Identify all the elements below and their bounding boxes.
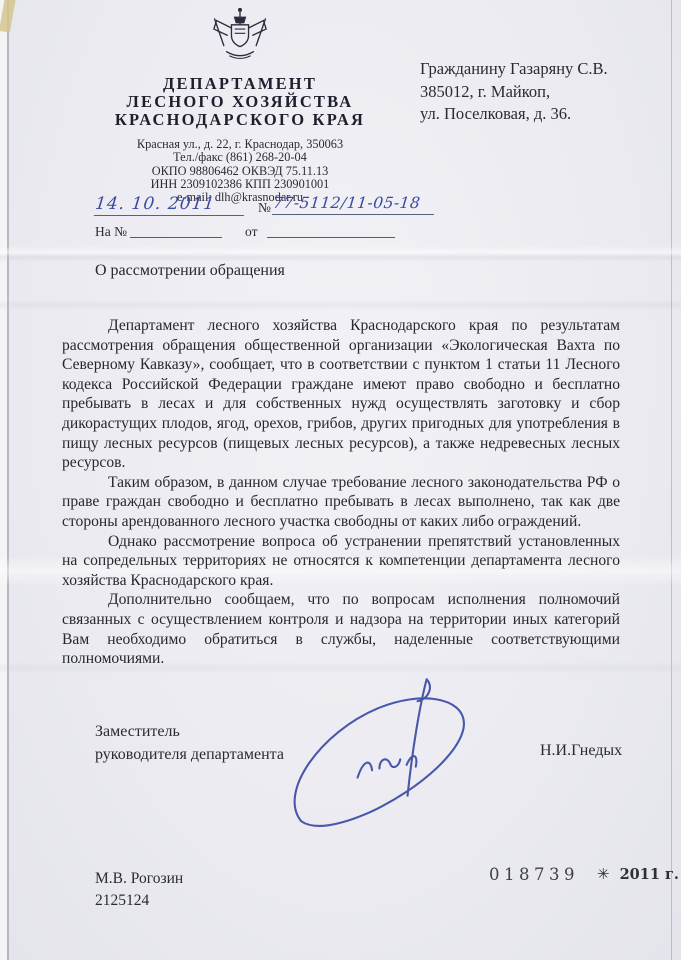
- body-paragraph: Департамент лесного хозяйства Краснодарс…: [62, 316, 620, 473]
- reply-number-label: На №: [95, 224, 127, 240]
- addressee-postcode-city: 385012, г. Майкоп,: [420, 81, 608, 104]
- stamp-year: 2011 г.: [620, 866, 679, 883]
- signer-position-line: руководителя департамента: [95, 743, 284, 766]
- executor-phone: 2125124: [95, 890, 183, 912]
- org-name: ДЕПАРТАМЕНТ ЛЕСНОГО ХОЗЯЙСТВА КРАСНОДАРС…: [72, 75, 408, 129]
- letterhead-inn-kpp: ИНН 2309102386 КПП 230901001: [72, 178, 408, 191]
- body-paragraph: Однако рассмотрение вопроса об устранени…: [62, 532, 620, 591]
- letterhead: ДЕПАРТАМЕНТ ЛЕСНОГО ХОЗЯЙСТВА КРАСНОДАРС…: [72, 6, 408, 204]
- signer-position: Заместитель руководителя департамента: [95, 720, 284, 766]
- addressee-name: Гражданину Газаряну С.В.: [420, 58, 608, 81]
- tape-mark: [0, 0, 16, 33]
- letterhead-phone: Тел./факс (861) 268-20-04: [72, 151, 408, 164]
- ref-number-handwritten: 77-5112/11-05-18: [272, 194, 436, 215]
- executor-block: М.В. Рогозин 2125124: [95, 868, 183, 912]
- handwritten-signature-icon: [283, 672, 483, 834]
- executor-name: М.В. Рогозин: [95, 868, 183, 890]
- scan-edge-left-line: [7, 0, 9, 960]
- ref-date-handwritten: 14. 10. 2011: [94, 194, 246, 216]
- reference-row: 14. 10. 2011 № 77-5112/11-05-18: [95, 196, 435, 220]
- scan-edge-right-line: [671, 0, 672, 960]
- reply-number-blank-line: [130, 237, 222, 238]
- asterisk-stamp-icon: ✳: [597, 865, 610, 884]
- org-name-line: ЛЕСНОГО ХОЗЯЙСТВА: [72, 93, 408, 111]
- body-paragraph: Таким образом, в данном случае требовани…: [62, 473, 620, 532]
- paper-crease: [0, 246, 681, 262]
- addressee-street: ул. Поселковая, д. 36.: [420, 103, 608, 126]
- letter-body: Департамент лесного хозяйства Краснодарс…: [62, 316, 620, 669]
- org-name-line: КРАСНОДАРСКОГО КРАЯ: [72, 111, 408, 129]
- signer-position-line: Заместитель: [95, 720, 284, 743]
- ref-number-label: №: [258, 200, 271, 216]
- reply-reference-row: На № от: [95, 224, 415, 244]
- signer-name: Н.И.Гнедых: [540, 742, 622, 760]
- scan-edge-left: [0, 0, 7, 960]
- stamp-number: 018739: [489, 865, 579, 884]
- registration-stamp: 018739 ✳ 2011 г.: [489, 865, 679, 884]
- coat-of-arms-icon: [208, 6, 272, 71]
- letter-subject: О рассмотрении обращения: [95, 262, 285, 280]
- addressee-block: Гражданину Газаряну С.В. 385012, г. Майк…: [420, 58, 608, 126]
- body-paragraph: Дополнительно сообщаем, что по вопросам …: [62, 590, 620, 668]
- reply-from-blank-line: [267, 237, 395, 238]
- org-name-line: ДЕПАРТАМЕНТ: [72, 75, 408, 93]
- letterhead-address: Красная ул., д. 22, г. Краснодар, 350063: [72, 138, 408, 151]
- reply-from-label: от: [245, 224, 257, 240]
- letterhead-okpo-okved: ОКПО 98806462 ОКВЭД 75.11.13: [72, 165, 408, 178]
- scanned-letter-page: ДЕПАРТАМЕНТ ЛЕСНОГО ХОЗЯЙСТВА КРАСНОДАРС…: [0, 0, 681, 960]
- paper-crease: [0, 300, 681, 310]
